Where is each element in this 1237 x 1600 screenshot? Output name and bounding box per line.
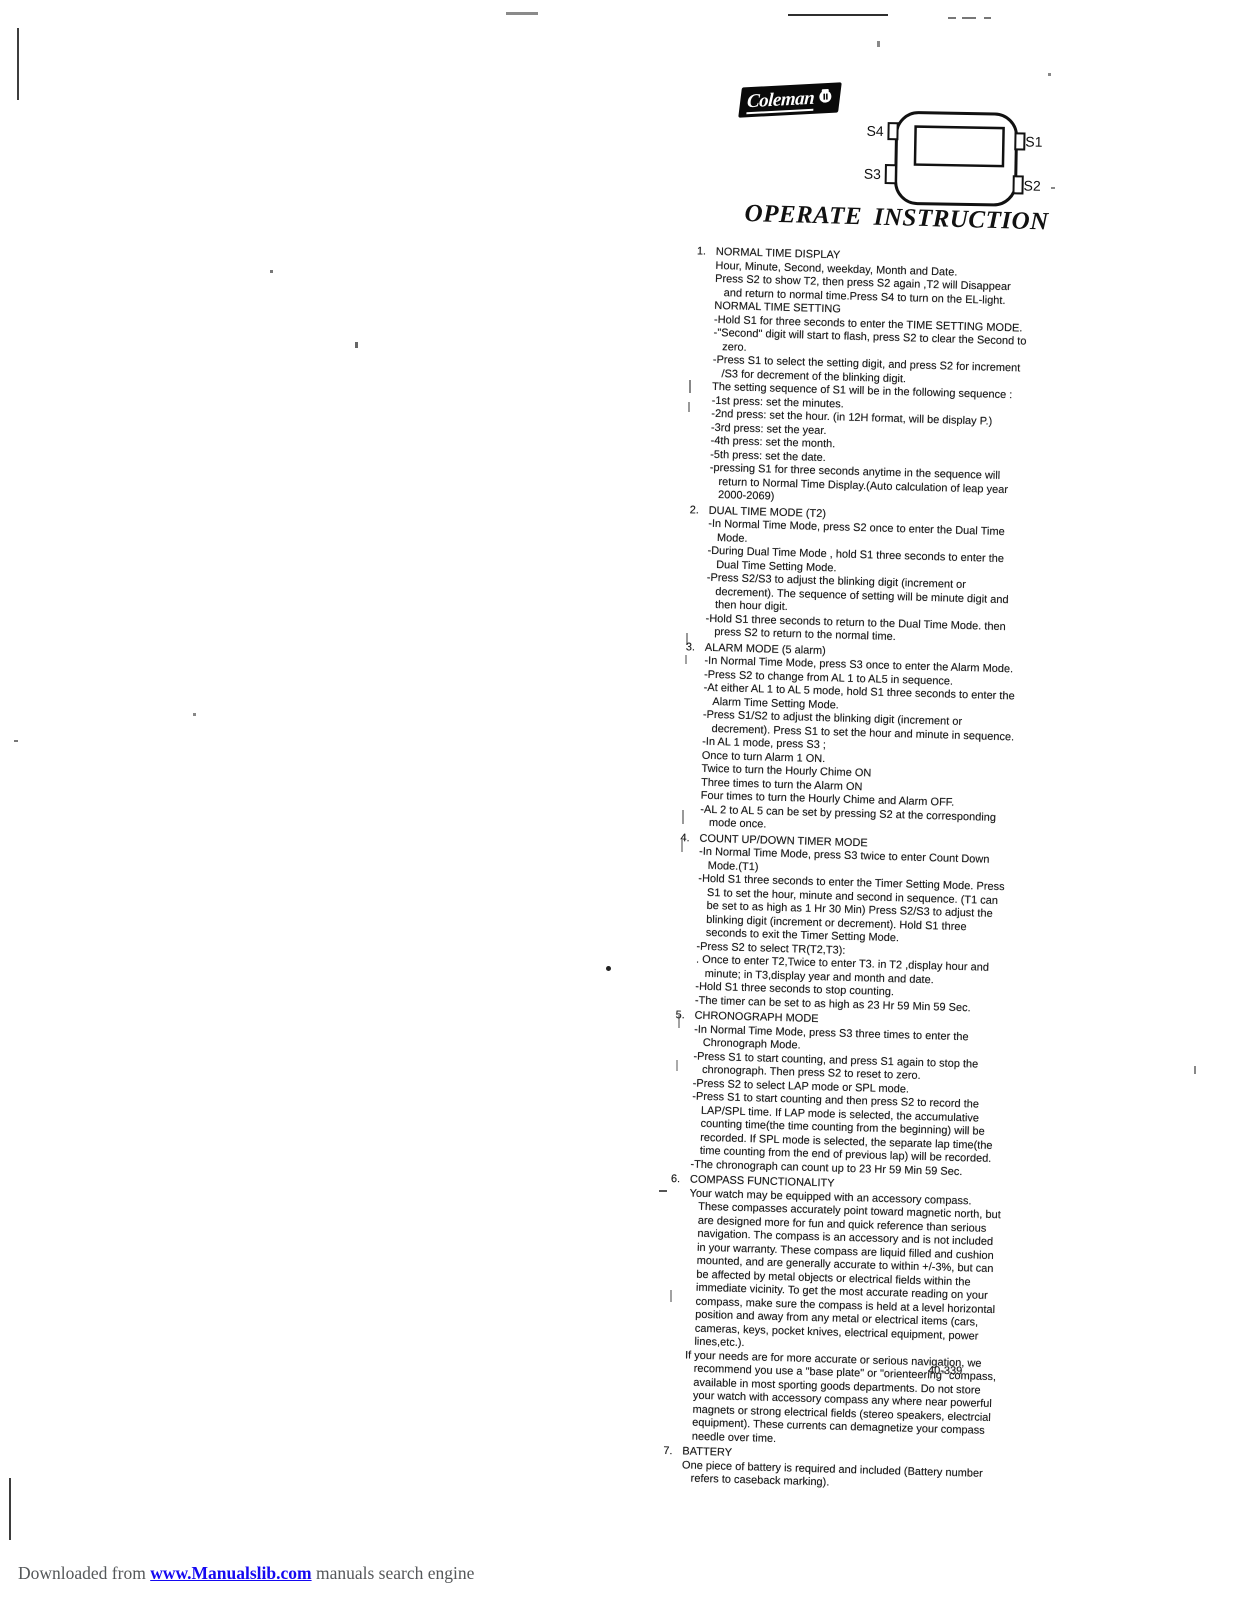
section: 2.DUAL TIME MODE (T2)-In Normal Time Mod… xyxy=(686,504,1022,648)
section-body: Hour, Minute, Second, weekday, Month and… xyxy=(709,259,1029,511)
section-body: -In Normal Time Mode, press S2 once to e… xyxy=(705,518,1021,648)
button-s2-label: S2 xyxy=(1023,177,1041,193)
section-body: -In Normal Time Mode, press S3 three tim… xyxy=(690,1023,1007,1180)
scan-artifact xyxy=(984,17,991,19)
scan-artifact xyxy=(659,1190,667,1192)
button-s1-label: S1 xyxy=(1025,133,1043,149)
button-s4-label: S4 xyxy=(866,123,884,139)
button-s3-tab xyxy=(886,165,896,183)
section-body: -In Normal Time Mode, press S3 once to e… xyxy=(700,655,1018,839)
section-number: 4. xyxy=(680,832,699,846)
instruction-sections: 1.NORMAL TIME DISPLAYHour, Minute, Secon… xyxy=(662,245,1029,1496)
section-number: 2. xyxy=(689,504,708,518)
instruction-line: -pressing S1 for three seconds anytime i… xyxy=(709,462,1023,511)
scan-artifact xyxy=(270,270,273,273)
footer-prefix: Downloaded from xyxy=(18,1563,150,1583)
manualslib-link[interactable]: www.Manualslib.com xyxy=(150,1563,311,1583)
button-s4-tab xyxy=(888,123,897,139)
section: 3.ALARM MODE (5 alarm)-In Normal Time Mo… xyxy=(681,641,1018,839)
button-s2-tab xyxy=(1013,176,1022,193)
scan-artifact xyxy=(788,14,888,16)
scan-artifact xyxy=(1048,73,1051,76)
section-body: -In Normal Time Mode, press S3 twice to … xyxy=(695,846,1012,1017)
section-number: 7. xyxy=(663,1445,682,1459)
section-number: 6. xyxy=(671,1173,690,1187)
scan-artifact xyxy=(948,17,956,19)
section: 6.COMPASS FUNCTIONALITYYour watch may be… xyxy=(664,1173,1003,1452)
button-s3-label: S3 xyxy=(864,166,882,182)
section-number: 5. xyxy=(675,1009,694,1023)
scan-artifact xyxy=(17,28,19,100)
section-number: 1. xyxy=(697,245,716,259)
scan-artifact xyxy=(962,17,976,19)
watch-display xyxy=(915,127,1004,167)
scan-artifact xyxy=(193,713,196,716)
section-body: Your watch may be equipped with an acces… xyxy=(683,1187,1003,1452)
scan-artifact xyxy=(355,342,358,348)
footer-suffix: manuals search engine xyxy=(312,1563,475,1583)
section: 5.CHRONOGRAPH MODE-In Normal Time Mode, … xyxy=(671,1009,1007,1180)
coleman-logo: Coleman xyxy=(738,82,842,117)
section-heading: BATTERY xyxy=(682,1445,732,1460)
section-number: 3. xyxy=(686,641,705,655)
instruction-line: -Hold S1 three seconds to enter the Time… xyxy=(697,873,1012,949)
lantern-icon xyxy=(817,87,832,109)
section: 4.COUNT UP/DOWN TIMER MODE-In Normal Tim… xyxy=(676,832,1013,1017)
button-s1-tab xyxy=(1015,133,1024,149)
scan-artifact xyxy=(606,966,611,971)
section: 1.NORMAL TIME DISPLAYHour, Minute, Secon… xyxy=(690,245,1029,511)
scan-artifact xyxy=(877,41,880,47)
scan-artifact xyxy=(9,1478,11,1540)
doc-number: 40-339 xyxy=(928,1365,962,1377)
coleman-logo-text: Coleman xyxy=(747,87,815,114)
footer: Downloaded from www.Manualslib.com manua… xyxy=(18,1563,474,1584)
scan-artifact xyxy=(688,402,690,412)
scan-artifact xyxy=(1051,187,1055,189)
scan-artifact xyxy=(506,12,538,15)
scanned-manual-page: { "brand": { "logo_text": "Coleman" }, "… xyxy=(0,0,1237,1600)
scan-artifact xyxy=(1194,1066,1196,1074)
instruction-line: -Press S1 to start counting and then pre… xyxy=(691,1091,1006,1167)
scan-artifact xyxy=(14,740,18,742)
scan-artifact xyxy=(689,380,691,393)
instruction-line: Your watch may be equipped with an acces… xyxy=(685,1187,1002,1358)
section: 7.BATTERYOne piece of battery is require… xyxy=(662,1445,995,1495)
